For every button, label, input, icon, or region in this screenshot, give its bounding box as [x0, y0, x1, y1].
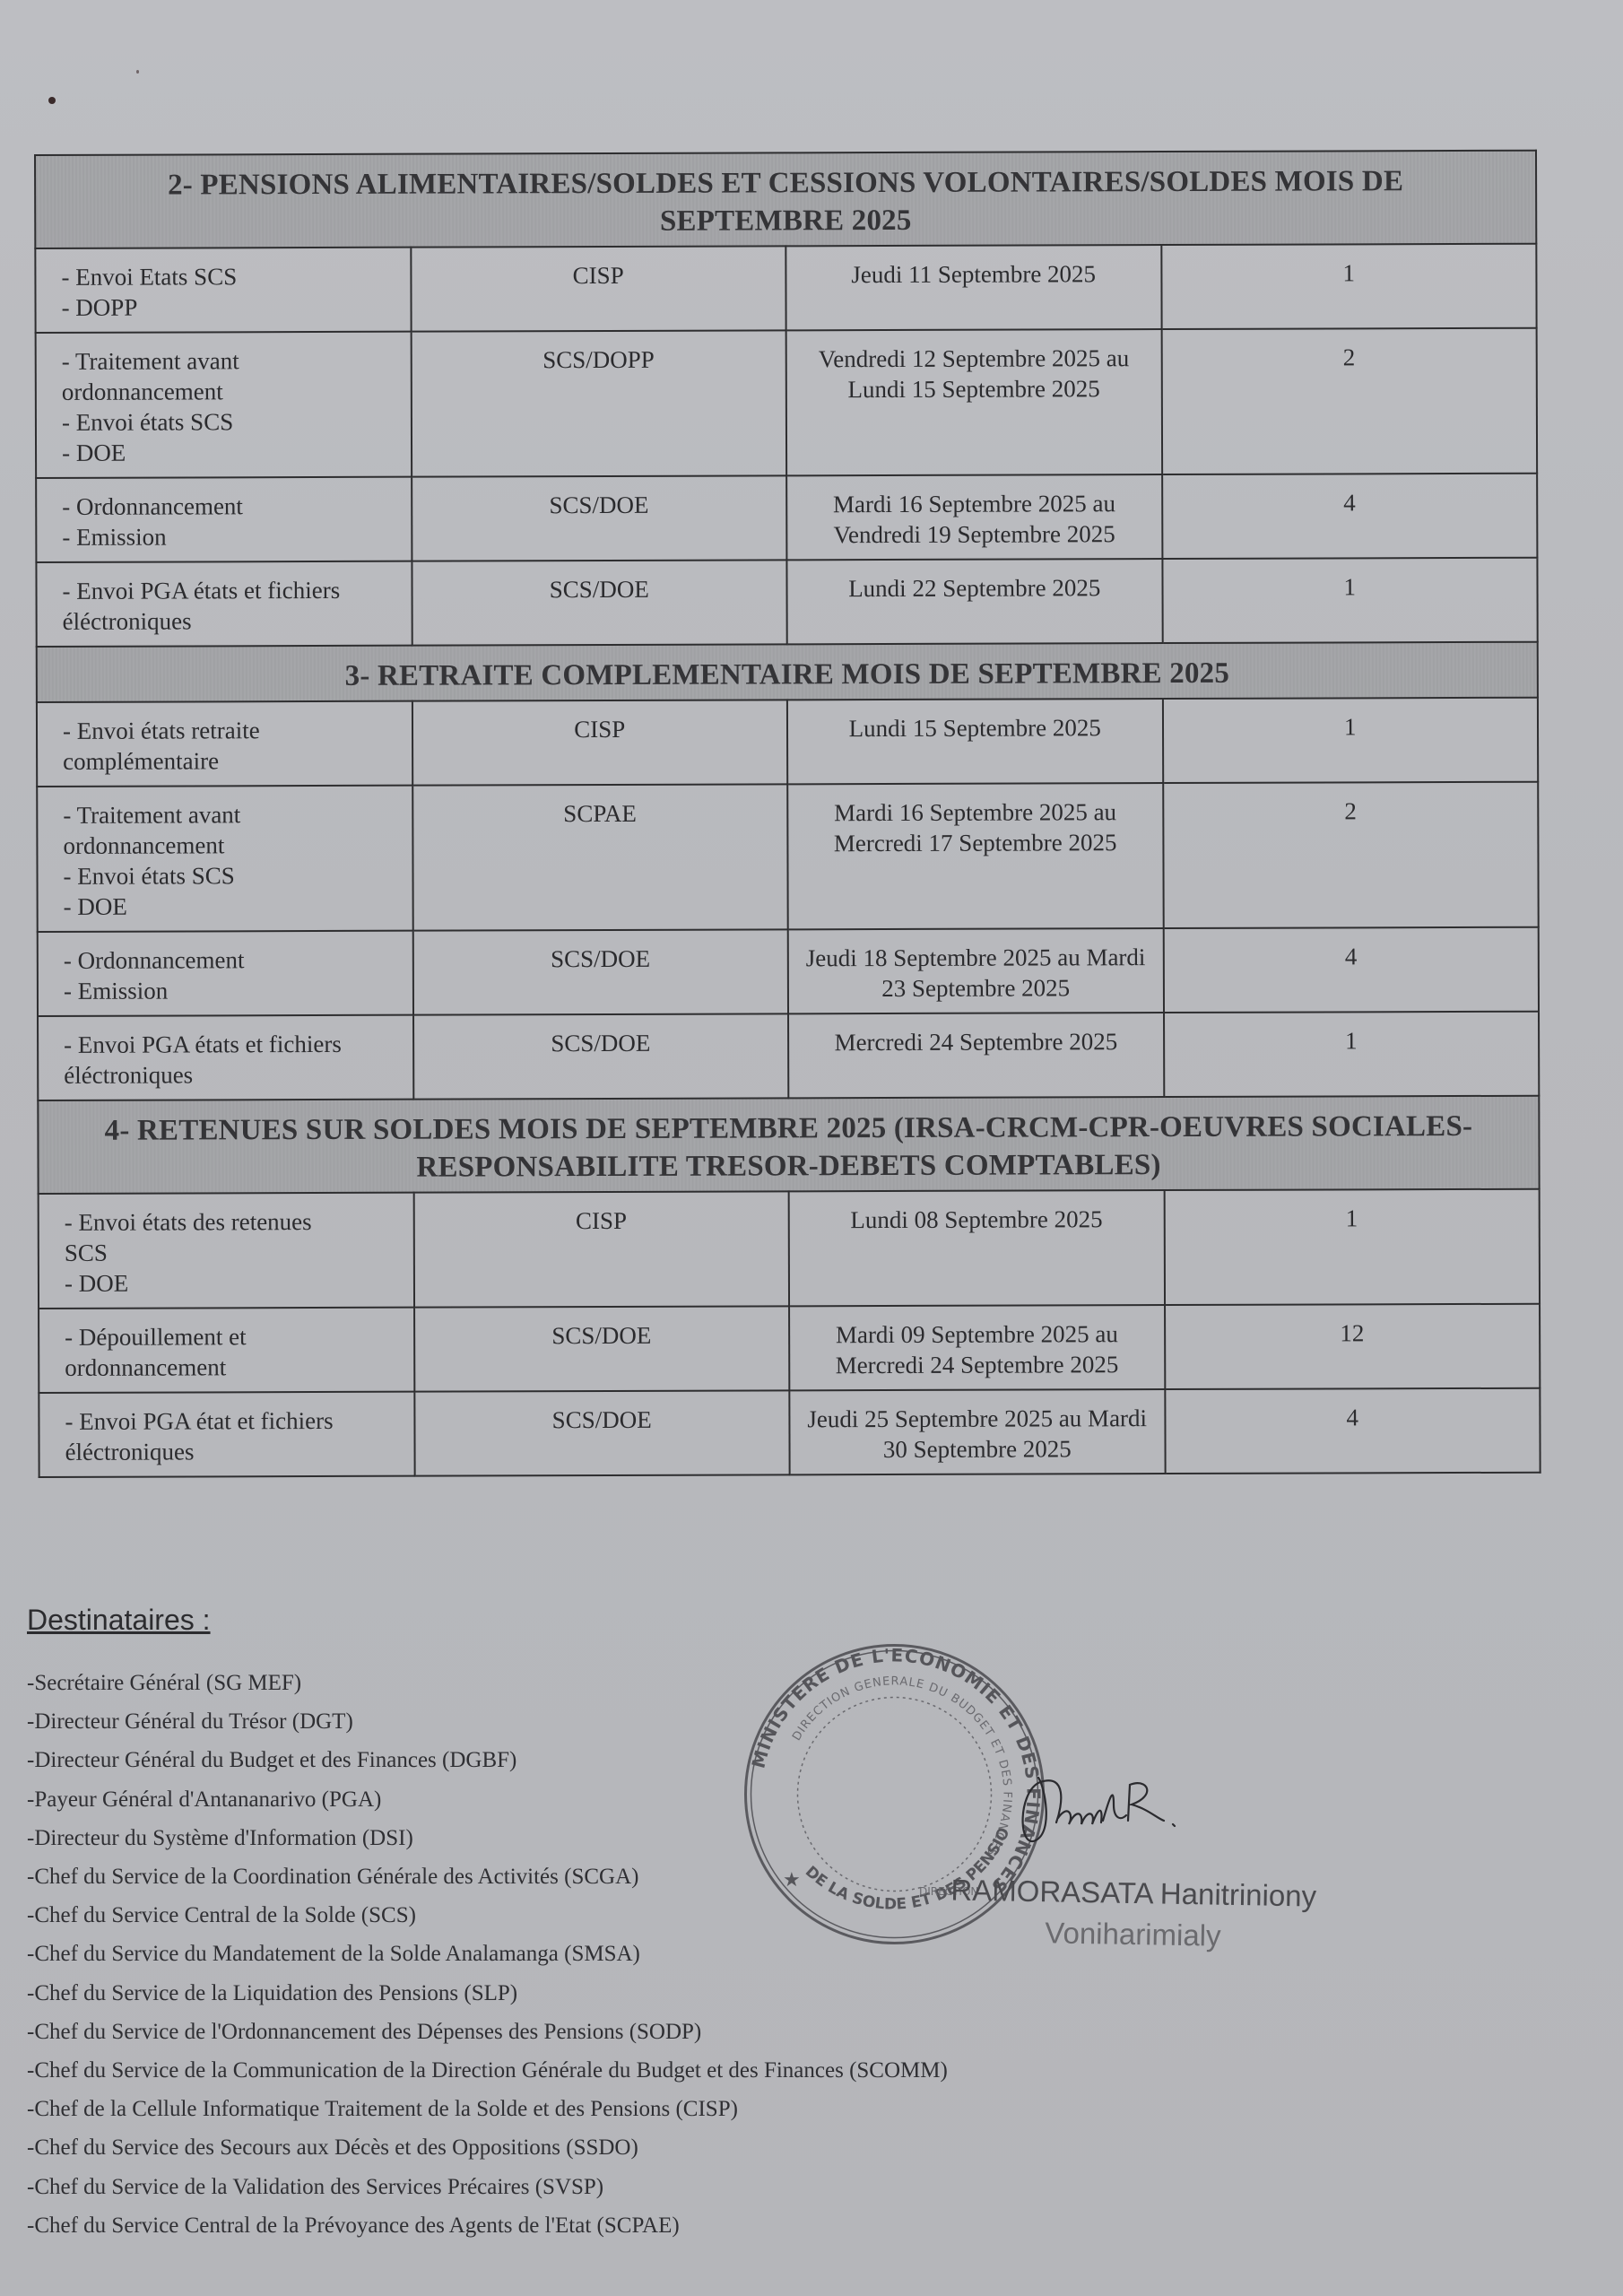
section-header-row: 2- PENSIONS ALIMENTAIRES/SOLDES ET CESSI…	[35, 151, 1536, 248]
section-title: 4- RETENUES SUR SOLDES MOIS DE SEPTEMBRE…	[38, 1096, 1539, 1194]
recipient-item: -Chef du Service de la Communication de …	[27, 2051, 948, 2090]
days-cell: 1	[1161, 244, 1537, 329]
table-row: - Envoi états retraitecomplémentaireCISP…	[37, 698, 1538, 787]
service-cell: SCS/DOE	[412, 560, 787, 645]
task-line: - Envoi PGA état et fichiers	[65, 1405, 403, 1437]
date-cell: Lundi 08 Septembre 2025	[789, 1190, 1165, 1306]
table-row: - Dépouillement etordonnancementSCS/DOEM…	[39, 1304, 1540, 1393]
table-row: - Traitement avantordonnancement- Envoi …	[37, 782, 1539, 932]
task-line: - Envoi états SCS	[63, 860, 401, 891]
table-row: - Traitement avantordonnancement- Envoi …	[36, 328, 1538, 478]
task-line: - Ordonnancement	[64, 944, 402, 976]
paper-speck	[48, 97, 56, 104]
table-row: - Ordonnancement- EmissionSCS/DOEJeudi 1…	[38, 927, 1539, 1016]
service-cell: SCS/DOE	[412, 929, 788, 1014]
service-cell: CISP	[413, 1191, 789, 1307]
task-line: ordonnancement	[63, 830, 401, 861]
date-cell: Vendredi 12 Septembre 2025 au Lundi 15 S…	[786, 329, 1162, 475]
signer-name-line2: Voniharimialy	[950, 1910, 1315, 1958]
svg-text:★: ★	[783, 1868, 801, 1891]
table-row: - Envoi Etats SCS- DOPPCISPJeudi 11 Sept…	[35, 244, 1536, 333]
days-cell: 2	[1161, 328, 1537, 474]
task-cell: - Envoi PGA états et fichierséléctroniqu…	[36, 561, 412, 647]
task-line: - Envoi PGA états et fichiers	[64, 1029, 402, 1060]
date-cell: Mercredi 24 Septembre 2025	[788, 1013, 1164, 1098]
task-cell: - Traitement avantordonnancement- Envoi …	[37, 786, 412, 932]
task-cell: - Ordonnancement- Emission	[38, 931, 413, 1016]
task-line: - Ordonnancement	[62, 491, 400, 522]
table-row: - Envoi PGA états et fichierséléctroniqu…	[38, 1012, 1539, 1100]
days-cell: 4	[1165, 1388, 1541, 1474]
task-cell: - Traitement avantordonnancement- Envoi …	[36, 332, 412, 478]
date-cell: Mardi 09 Septembre 2025 au Mercredi 24 S…	[789, 1305, 1165, 1390]
recipient-item: -Chef du Service des Secours aux Décès e…	[27, 2128, 948, 2167]
section-title: 3- RETRAITE COMPLEMENTAIRE MOIS DE SEPTE…	[37, 642, 1538, 702]
recipient-item: -Chef du Service Central de la Prévoyanc…	[27, 2206, 948, 2245]
table-row: - Envoi PGA état et fichierséléctronique…	[39, 1388, 1540, 1477]
paper-speck	[136, 70, 139, 74]
service-cell: SCS/DOE	[413, 1013, 789, 1099]
signer-name-line1: RAMORASATA Hanitriniony	[950, 1869, 1316, 1917]
schedule-table: 2- PENSIONS ALIMENTAIRES/SOLDES ET CESSI…	[34, 150, 1541, 1478]
recipient-item: -Chef de la Cellule Informatique Traitem…	[27, 2090, 948, 2128]
svg-text:DIRECTION GENERALE DU BUDGET E: DIRECTION GENERALE DU BUDGET ET DES FINA…	[790, 1674, 1013, 1858]
signer-name: RAMORASATA Hanitriniony Voniharimialy	[950, 1869, 1316, 1958]
task-line: - DOE	[64, 891, 402, 922]
service-cell: CISP	[411, 246, 786, 331]
date-cell: Lundi 22 Septembre 2025	[786, 559, 1162, 644]
task-cell: - Dépouillement etordonnancement	[39, 1308, 414, 1393]
task-line: - Envoi PGA états et fichiers	[62, 575, 400, 606]
days-cell: 1	[1162, 558, 1538, 643]
table-row: - Envoi états des retenuesSCS- DOECISPLu…	[39, 1189, 1540, 1309]
task-line: - Traitement avant	[63, 799, 401, 831]
task-line: éléctroniques	[65, 1436, 403, 1467]
service-cell: SCS/DOE	[414, 1306, 790, 1391]
task-cell: - Envoi états retraitecomplémentaire	[37, 701, 412, 787]
days-cell: 1	[1164, 1012, 1540, 1097]
days-cell: 1	[1164, 1189, 1540, 1305]
days-cell: 4	[1162, 474, 1538, 559]
recipient-item: -Chef du Service de la Validation des Se…	[27, 2168, 948, 2206]
days-cell: 12	[1165, 1304, 1541, 1389]
date-cell: Jeudi 11 Septembre 2025	[785, 245, 1161, 330]
task-line: - Envoi états retraite	[63, 715, 401, 746]
date-cell: Mardi 16 Septembre 2025 au Mercredi 17 S…	[787, 783, 1163, 929]
service-cell: CISP	[412, 700, 787, 785]
task-line: ordonnancement	[65, 1352, 403, 1383]
days-cell: 1	[1162, 698, 1538, 783]
days-cell: 2	[1163, 782, 1539, 928]
task-line: - DOE	[65, 1267, 403, 1299]
task-cell: - Envoi PGA état et fichierséléctronique…	[39, 1392, 414, 1477]
service-cell: SCS/DOPP	[411, 330, 786, 476]
task-line: ordonnancement	[62, 376, 400, 407]
task-line: - DOPP	[61, 291, 399, 323]
date-cell: Lundi 15 Septembre 2025	[787, 699, 1163, 784]
date-cell: Jeudi 25 Septembre 2025 au Mardi 30 Sept…	[789, 1389, 1165, 1474]
recipient-item: -Chef du Service de la Liquidation des P…	[27, 1974, 948, 2013]
task-cell: - Ordonnancement- Emission	[36, 477, 412, 562]
task-line: - Envoi états des retenues	[65, 1206, 403, 1238]
table-row: - Ordonnancement- EmissionSCS/DOEMardi 1…	[36, 474, 1537, 562]
task-line: SCS	[65, 1237, 403, 1268]
service-cell: SCPAE	[412, 784, 788, 930]
task-cell: - Envoi Etats SCS- DOPP	[35, 248, 411, 333]
recipient-item: -Chef du Service de l'Ordonnancement des…	[27, 2013, 948, 2051]
date-cell: Jeudi 18 Septembre 2025 au Mardi 23 Sept…	[788, 928, 1164, 1013]
task-cell: - Envoi PGA états et fichierséléctroniqu…	[38, 1015, 413, 1100]
task-line: - Dépouillement et	[65, 1321, 403, 1352]
days-cell: 4	[1163, 927, 1539, 1013]
date-cell: Mardi 16 Septembre 2025 au Vendredi 19 S…	[786, 474, 1162, 560]
task-line: complémentaire	[63, 745, 401, 777]
task-line: éléctroniques	[63, 605, 401, 637]
task-line: - DOE	[62, 437, 400, 468]
task-line: - Emission	[62, 521, 400, 552]
task-line: - Emission	[64, 975, 402, 1006]
task-line: - Envoi états SCS	[62, 406, 400, 438]
recipients-title: Destinataires :	[27, 1604, 948, 1637]
signature-icon	[1013, 1769, 1246, 1858]
section-header-row: 4- RETENUES SUR SOLDES MOIS DE SEPTEMBRE…	[38, 1096, 1539, 1194]
table-row: - Envoi PGA états et fichierséléctroniqu…	[36, 558, 1537, 647]
task-line: - Envoi Etats SCS	[61, 261, 399, 292]
section-header-row: 3- RETRAITE COMPLEMENTAIRE MOIS DE SEPTE…	[37, 642, 1538, 702]
service-cell: SCS/DOE	[414, 1390, 790, 1475]
task-line: éléctroniques	[64, 1059, 402, 1091]
task-line: - Traitement avant	[62, 345, 400, 377]
section-title: 2- PENSIONS ALIMENTAIRES/SOLDES ET CESSI…	[35, 151, 1536, 248]
service-cell: SCS/DOE	[412, 475, 787, 561]
task-cell: - Envoi états des retenuesSCS- DOE	[39, 1193, 414, 1309]
